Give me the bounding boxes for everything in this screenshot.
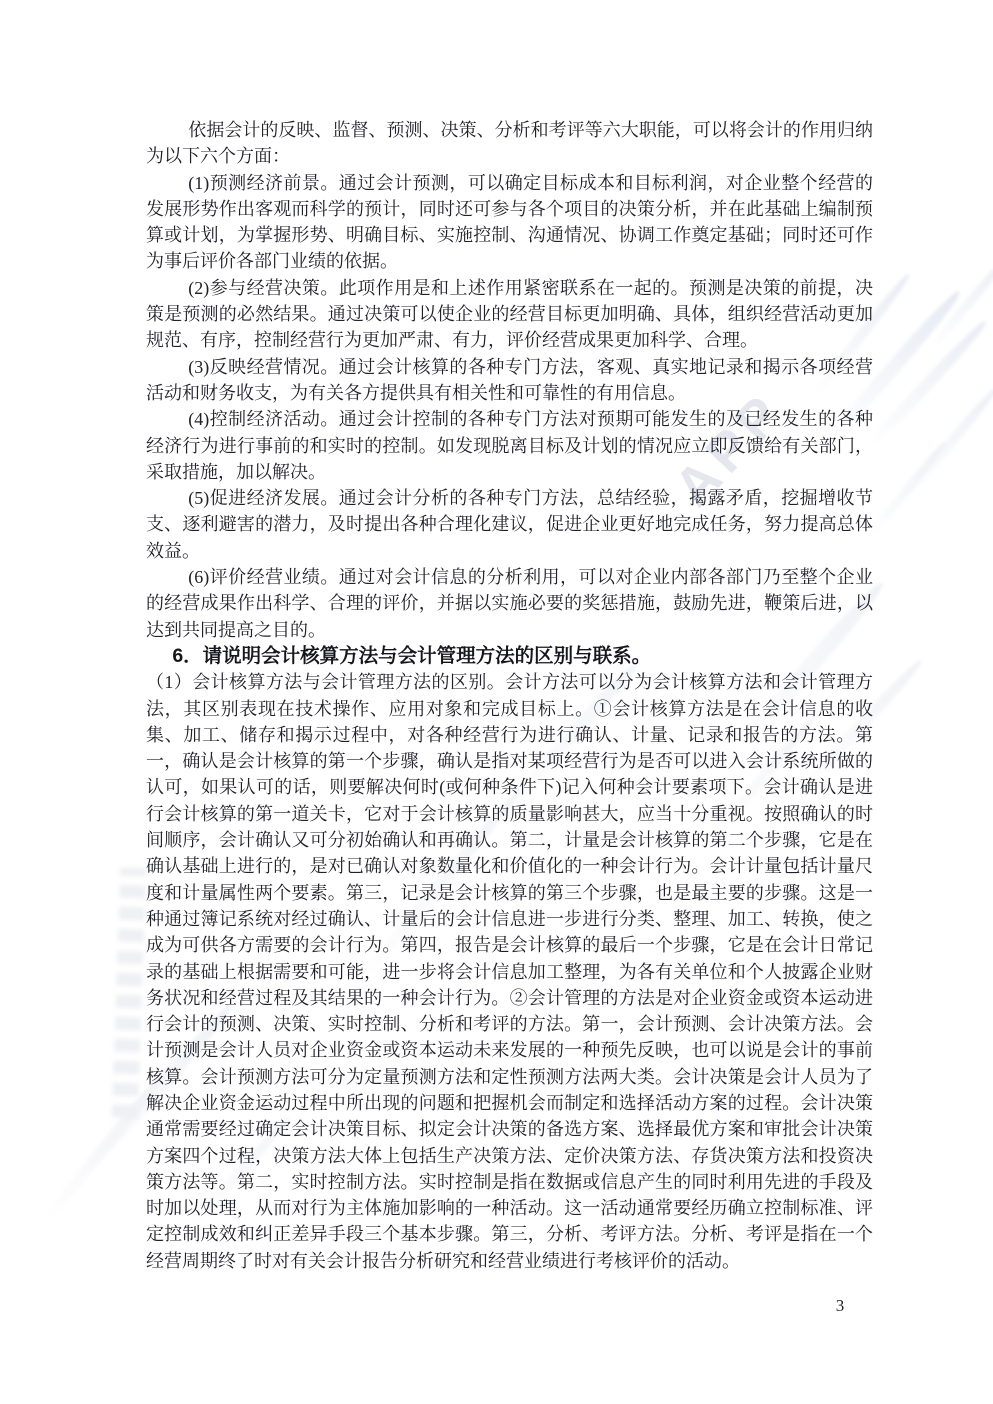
paragraph-intro: 依据会计的反映、监督、预测、决策、分析和考评等六大职能，可以将会计的作用归纳为以… xyxy=(146,117,873,170)
question-heading: 6．请说明会计核算方法与会计管理方法的区别与联系。 xyxy=(146,643,873,669)
document-page: APP 依据会计的反映、监督、预测、决策、分析和考评等六大职能，可以将会计的作用… xyxy=(0,0,993,1404)
text-content: 依据会计的反映、监督、预测、决策、分析和考评等六大职能，可以将会计的作用归纳为以… xyxy=(146,117,873,1274)
watermark-streak xyxy=(899,386,993,504)
watermark-stamp-column xyxy=(112,868,147,1119)
watermark-streak xyxy=(864,439,950,542)
paragraph-item-5: (5)促进经济发展。通过会计分析的各种专门方法，总结经验，揭露矛盾，挖掘增收节支… xyxy=(146,485,873,564)
watermark-streak xyxy=(862,317,990,453)
paragraph-item-3: (3)反映经营情况。通过会计核算的各种专门方法，客观、真实地记录和揭示各项经营活… xyxy=(146,354,873,407)
paragraph-item-1: (1)预测经济前景。通过会计预测，可以确定目标成本和目标利润，对企业整个经营的发… xyxy=(146,170,873,275)
watermark-streak xyxy=(924,257,993,355)
paragraph-answer: （1）会计核算方法与会计管理方法的区别。会计方法可以分为会计核算方法和会计管理方… xyxy=(146,669,873,1274)
paragraph-item-6: (6)评价经营业绩。通过对会计信息的分析利用，可以对企业内部各部门乃至整个企业的… xyxy=(146,564,873,643)
paragraph-item-4: (4)控制经济活动。通过会计控制的各种专门方法对预期可能发生的及已经发生的各种经… xyxy=(146,406,873,485)
paragraph-item-2: (2)参与经营决策。此项作用是和上述作用紧密联系在一起的。预测是决策的前提，决策… xyxy=(146,275,873,354)
page-number: 3 xyxy=(824,1296,856,1316)
